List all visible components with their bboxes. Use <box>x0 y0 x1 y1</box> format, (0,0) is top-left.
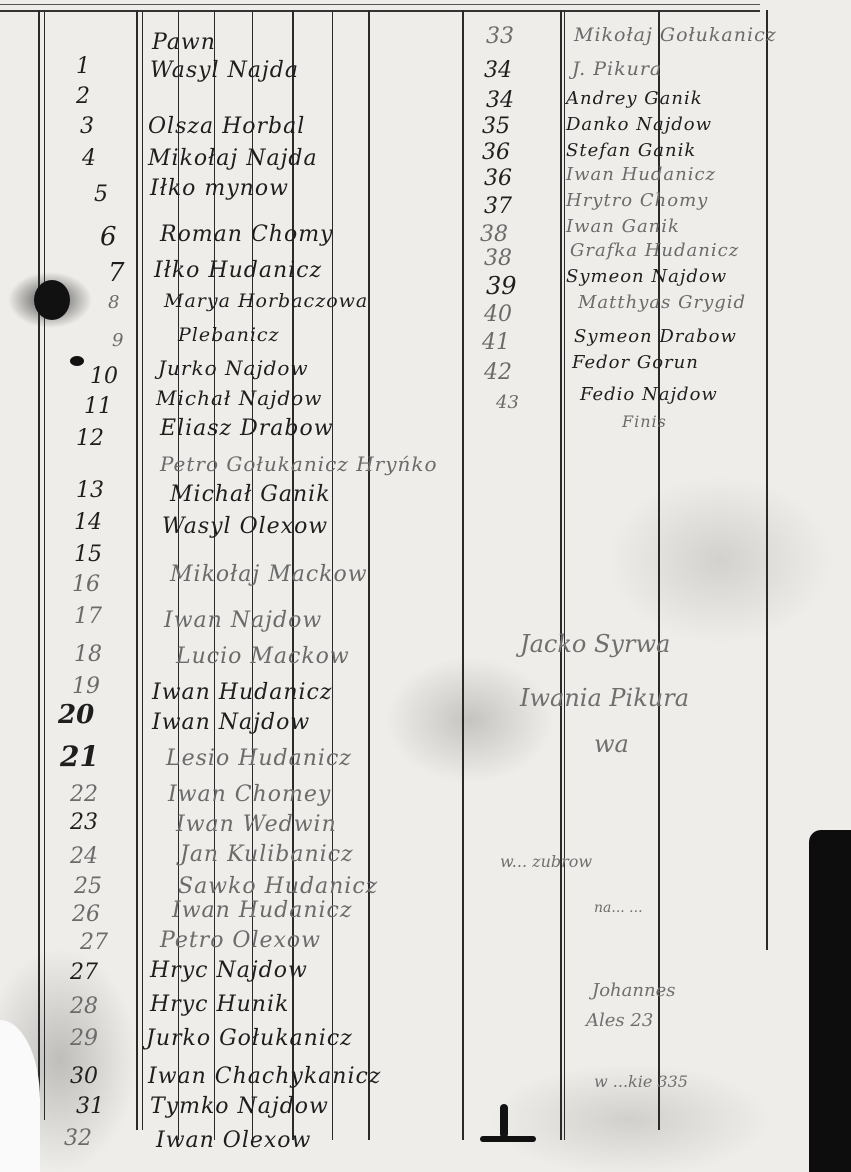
entry-number: 9 <box>112 330 123 351</box>
faint-note: na... ... <box>594 900 643 916</box>
entry-name: Michał Ganik <box>170 482 331 507</box>
torn-page-edge <box>0 1020 40 1172</box>
entry-name: Iwan Hudanicz <box>566 164 716 185</box>
entry-name: Iwan Hudanicz <box>152 680 332 705</box>
entry-number: 27 <box>80 930 108 955</box>
entry-number: 23 <box>70 810 98 835</box>
entry-name: Sawko Hudanicz <box>178 874 378 899</box>
entry-name: Petro Olexow <box>160 928 321 953</box>
faint-note: w ...kie 335 <box>594 1072 688 1091</box>
entry-number: 21 <box>60 740 99 773</box>
faint-note: w... zubrow <box>500 852 592 871</box>
column-rule <box>766 10 768 950</box>
entry-number: 34 <box>484 58 512 83</box>
entry-name: Iwan Najdow <box>164 608 322 633</box>
header-rule <box>0 4 760 5</box>
entry-name: Plebanicz <box>178 324 280 346</box>
column-rule <box>44 10 45 1120</box>
ink-mark <box>480 1136 536 1142</box>
column-rule <box>136 10 138 1130</box>
entry-number: 38 <box>484 246 512 271</box>
entry-name: Eliasz Drabow <box>160 416 334 441</box>
ink-blot <box>34 280 70 320</box>
entry-name: Grafka Hudanicz <box>570 240 739 261</box>
entry-number: 29 <box>70 1026 98 1051</box>
entry-name: Matthyas Grygid <box>578 292 746 313</box>
entry-number: 11 <box>84 394 112 419</box>
entry-name: Symeon Najdow <box>566 266 727 287</box>
header-rule <box>0 10 760 12</box>
entry-number: 41 <box>482 330 510 355</box>
entry-name: Petro Gołukanicz Hryńko <box>160 452 438 476</box>
scanned-document-page: Pawn 1 Wasyl Najda 2 3 Olsza Horbal 4 Mi… <box>0 0 851 1172</box>
entry-number: 24 <box>70 844 98 869</box>
faint-note: wa <box>594 730 629 758</box>
entry-number: 8 <box>108 292 119 313</box>
column-rule <box>560 10 562 1140</box>
entry-number: 5 <box>94 182 108 207</box>
entry-number: 39 <box>486 272 517 300</box>
entry-name: Fedio Najdow <box>580 384 718 405</box>
entry-number: 36 <box>482 140 510 165</box>
entry-number: 32 <box>64 1126 92 1151</box>
entry-number: 35 <box>482 114 510 139</box>
finis-mark: Finis <box>622 412 667 431</box>
faint-note: Ales 23 <box>586 1010 653 1031</box>
entry-name: Iwan Najdow <box>152 710 310 735</box>
faint-note: Johannes <box>592 980 675 1001</box>
entry-name: Marya Horbaczowa <box>164 290 368 312</box>
entry-name: Jurko Gołukanicz <box>146 1026 353 1051</box>
entry-name: Jan Kulibanicz <box>180 842 354 867</box>
column-rule <box>142 10 143 1130</box>
entry-number: 14 <box>74 510 102 535</box>
entry-name: Lesio Hudanicz <box>166 746 352 771</box>
entry-name: Iłko mynow <box>150 176 289 201</box>
entry-name: Iwan Olexow <box>156 1128 311 1153</box>
entry-name: Stefan Ganik <box>566 140 696 161</box>
entry-name: Mikołaj Mackow <box>170 562 368 587</box>
entry-name: Wasyl Olexow <box>162 514 328 539</box>
entry-name: Fedor Gorun <box>572 352 699 373</box>
entry-name: Iłko Hudanicz <box>154 258 322 283</box>
entry-number: 37 <box>484 194 512 219</box>
entry-number: 10 <box>90 364 118 389</box>
entry-number: 38 <box>480 222 508 247</box>
entry-name: Wasyl Najda <box>150 58 299 83</box>
entry-number: 22 <box>70 782 98 807</box>
entry-number: 36 <box>484 166 512 191</box>
entry-number: 1 <box>76 54 90 79</box>
faint-note: Jacko Syrwa <box>520 630 670 658</box>
entry-name: Mikołaj Najda <box>148 146 318 171</box>
entry-number: 6 <box>100 222 117 252</box>
entry-name: Symeon Drabow <box>574 326 737 347</box>
entry-name: Iwan Chachykanicz <box>148 1064 381 1089</box>
entry-name: Iwan Chomey <box>168 782 331 807</box>
entry-name: Pawn <box>152 30 216 55</box>
entry-name: Olsza Horbal <box>148 114 305 139</box>
entry-name: Iwan Wedwin <box>176 812 337 837</box>
entry-number: 26 <box>72 902 100 927</box>
faint-note: Iwania Pikura <box>520 684 689 712</box>
entry-number: 12 <box>76 426 104 451</box>
entry-name: Iwan Hudanicz <box>172 898 352 923</box>
entry-number: 7 <box>108 258 125 288</box>
entry-number: 27 <box>70 960 98 985</box>
entry-number: 19 <box>72 674 100 699</box>
entry-name: Roman Chomy <box>160 222 334 247</box>
entry-name: Danko Najdow <box>566 114 712 135</box>
entry-name: Tymko Najdow <box>150 1094 329 1119</box>
entry-number: 31 <box>76 1094 104 1119</box>
entry-name: Mikołaj Gołukanicz <box>574 24 777 46</box>
entry-name: Hryc Hunik <box>150 992 289 1017</box>
entry-number: 3 <box>80 114 94 139</box>
entry-number: 40 <box>484 302 512 327</box>
ink-mark <box>500 1104 508 1138</box>
entry-number: 34 <box>486 88 514 113</box>
scan-dark-border <box>809 830 851 1172</box>
entry-number: 30 <box>70 1064 98 1089</box>
entry-name: Iwan Ganik <box>566 216 680 237</box>
ink-blot <box>70 356 84 366</box>
entry-name: Michał Najdow <box>156 386 322 410</box>
entry-name: Jurko Najdow <box>158 356 309 380</box>
entry-number: 4 <box>82 146 96 171</box>
entry-number: 2 <box>76 84 90 109</box>
entry-number: 17 <box>74 604 102 629</box>
entry-number: 33 <box>486 24 514 49</box>
entry-name: Hryc Najdow <box>150 958 308 983</box>
entry-name: Hrytro Chomy <box>566 190 708 211</box>
entry-name: J. Pikura <box>572 58 662 80</box>
entry-name: Lucio Mackow <box>176 644 350 669</box>
entry-number: 18 <box>74 642 102 667</box>
entry-number: 16 <box>72 572 100 597</box>
entry-number: 28 <box>70 994 98 1019</box>
column-rule <box>368 10 370 1140</box>
entry-number: 13 <box>76 478 104 503</box>
column-rule <box>462 10 464 1140</box>
entry-number: 42 <box>484 360 512 385</box>
entry-number: 43 <box>496 392 519 413</box>
entry-number: 25 <box>74 874 102 899</box>
entry-number: 15 <box>74 542 102 567</box>
column-rule <box>564 10 565 1140</box>
column-rule <box>38 10 40 1120</box>
entry-number: 20 <box>58 700 94 730</box>
entry-name: Andrey Ganik <box>566 88 703 109</box>
